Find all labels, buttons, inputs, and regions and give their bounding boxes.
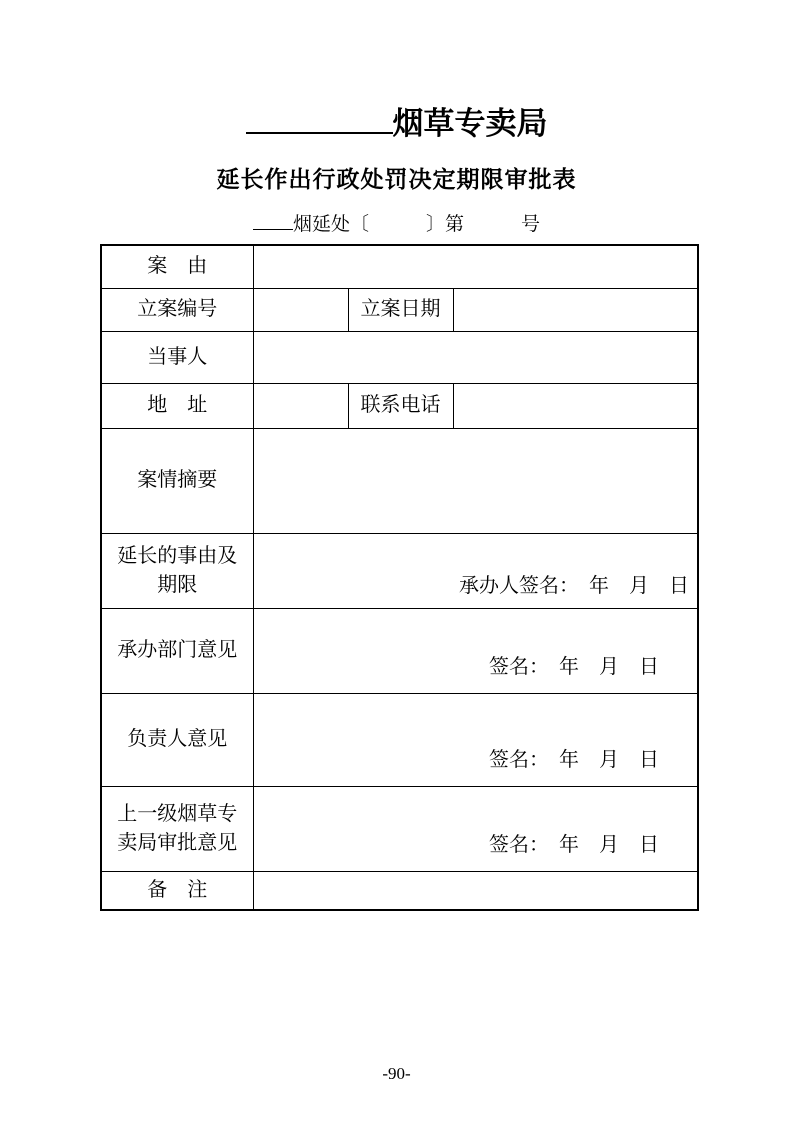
input-cell-party — [253, 331, 698, 383]
input-cell-higher-bureau-approval: 签名： 年 月 日 — [253, 786, 698, 871]
label-contact-phone: 联系电话 — [348, 383, 453, 428]
label-handling-department-opinion: 承办部门意见 — [101, 608, 253, 693]
label-party: 当事人 — [101, 331, 253, 383]
table-row-handling-department-opinion: 承办部门意见 签名： 年 月 日 — [101, 608, 698, 693]
input-cell-case-summary — [253, 428, 698, 533]
doc-number-text: 烟延处〔 〕第 号 — [293, 214, 540, 235]
label-case-cause: 案 由 — [101, 245, 253, 288]
input-cell-handling-department-opinion: 签名： 年 月 日 — [253, 608, 698, 693]
form-title: 延长作出行政处罚决定期限审批表 — [0, 166, 793, 192]
input-cell-case-cause — [253, 245, 698, 288]
input-cell-address — [253, 383, 348, 428]
table-row-case-summary: 案情摘要 — [101, 428, 698, 533]
handler-signature-line: 承办人签名： 年 月 日 — [459, 574, 689, 598]
approval-form-table: 案 由 立案编号 立案日期 当事人 地 址 联系电话 案情摘要 — [100, 244, 699, 911]
table-row-person-in-charge-opinion: 负责人意见 签名： 年 月 日 — [101, 693, 698, 786]
input-cell-filing-number — [253, 288, 348, 331]
signature-line: 签名： 年 月 日 — [489, 833, 659, 857]
label-address: 地 址 — [101, 383, 253, 428]
signature-line: 签名： 年 月 日 — [489, 748, 659, 772]
table-row-remarks: 备 注 — [101, 871, 698, 910]
input-cell-filing-date — [453, 288, 698, 331]
label-remarks: 备 注 — [101, 871, 253, 910]
table-row-party: 当事人 — [101, 331, 698, 383]
label-filing-date: 立案日期 — [348, 288, 453, 331]
signature-line: 签名： 年 月 日 — [489, 655, 659, 679]
label-person-in-charge-opinion: 负责人意见 — [101, 693, 253, 786]
label-higher-bureau-approval: 上一级烟草专 卖局审批意见 — [101, 786, 253, 871]
input-cell-extension-reason: 承办人签名： 年 月 日 — [253, 533, 698, 608]
table-row-extension-reason: 延长的事由及 期限 承办人签名： 年 月 日 — [101, 533, 698, 608]
label-extension-reason: 延长的事由及 期限 — [101, 533, 253, 608]
bureau-title: 烟草专卖局 — [0, 0, 793, 142]
input-cell-person-in-charge-opinion: 签名： 年 月 日 — [253, 693, 698, 786]
table-row-address: 地 址 联系电话 — [101, 383, 698, 428]
label-case-summary: 案情摘要 — [101, 428, 253, 533]
page-number: -90- — [0, 1064, 793, 1084]
table-row-case-cause: 案 由 — [101, 245, 698, 288]
doc-number-blank-line — [253, 228, 293, 230]
label-filing-number: 立案编号 — [101, 288, 253, 331]
bureau-title-text: 烟草专卖局 — [393, 106, 548, 141]
title-blank-line — [246, 131, 393, 134]
doc-number-line: 烟延处〔 〕第 号 — [0, 214, 793, 236]
input-cell-contact-phone — [453, 383, 698, 428]
table-row-higher-bureau-approval: 上一级烟草专 卖局审批意见 签名： 年 月 日 — [101, 786, 698, 871]
table-row-filing: 立案编号 立案日期 — [101, 288, 698, 331]
document-page: 烟草专卖局 延长作出行政处罚决定期限审批表 烟延处〔 〕第 号 案 由 立案编号… — [0, 0, 793, 1122]
input-cell-remarks — [253, 871, 698, 910]
